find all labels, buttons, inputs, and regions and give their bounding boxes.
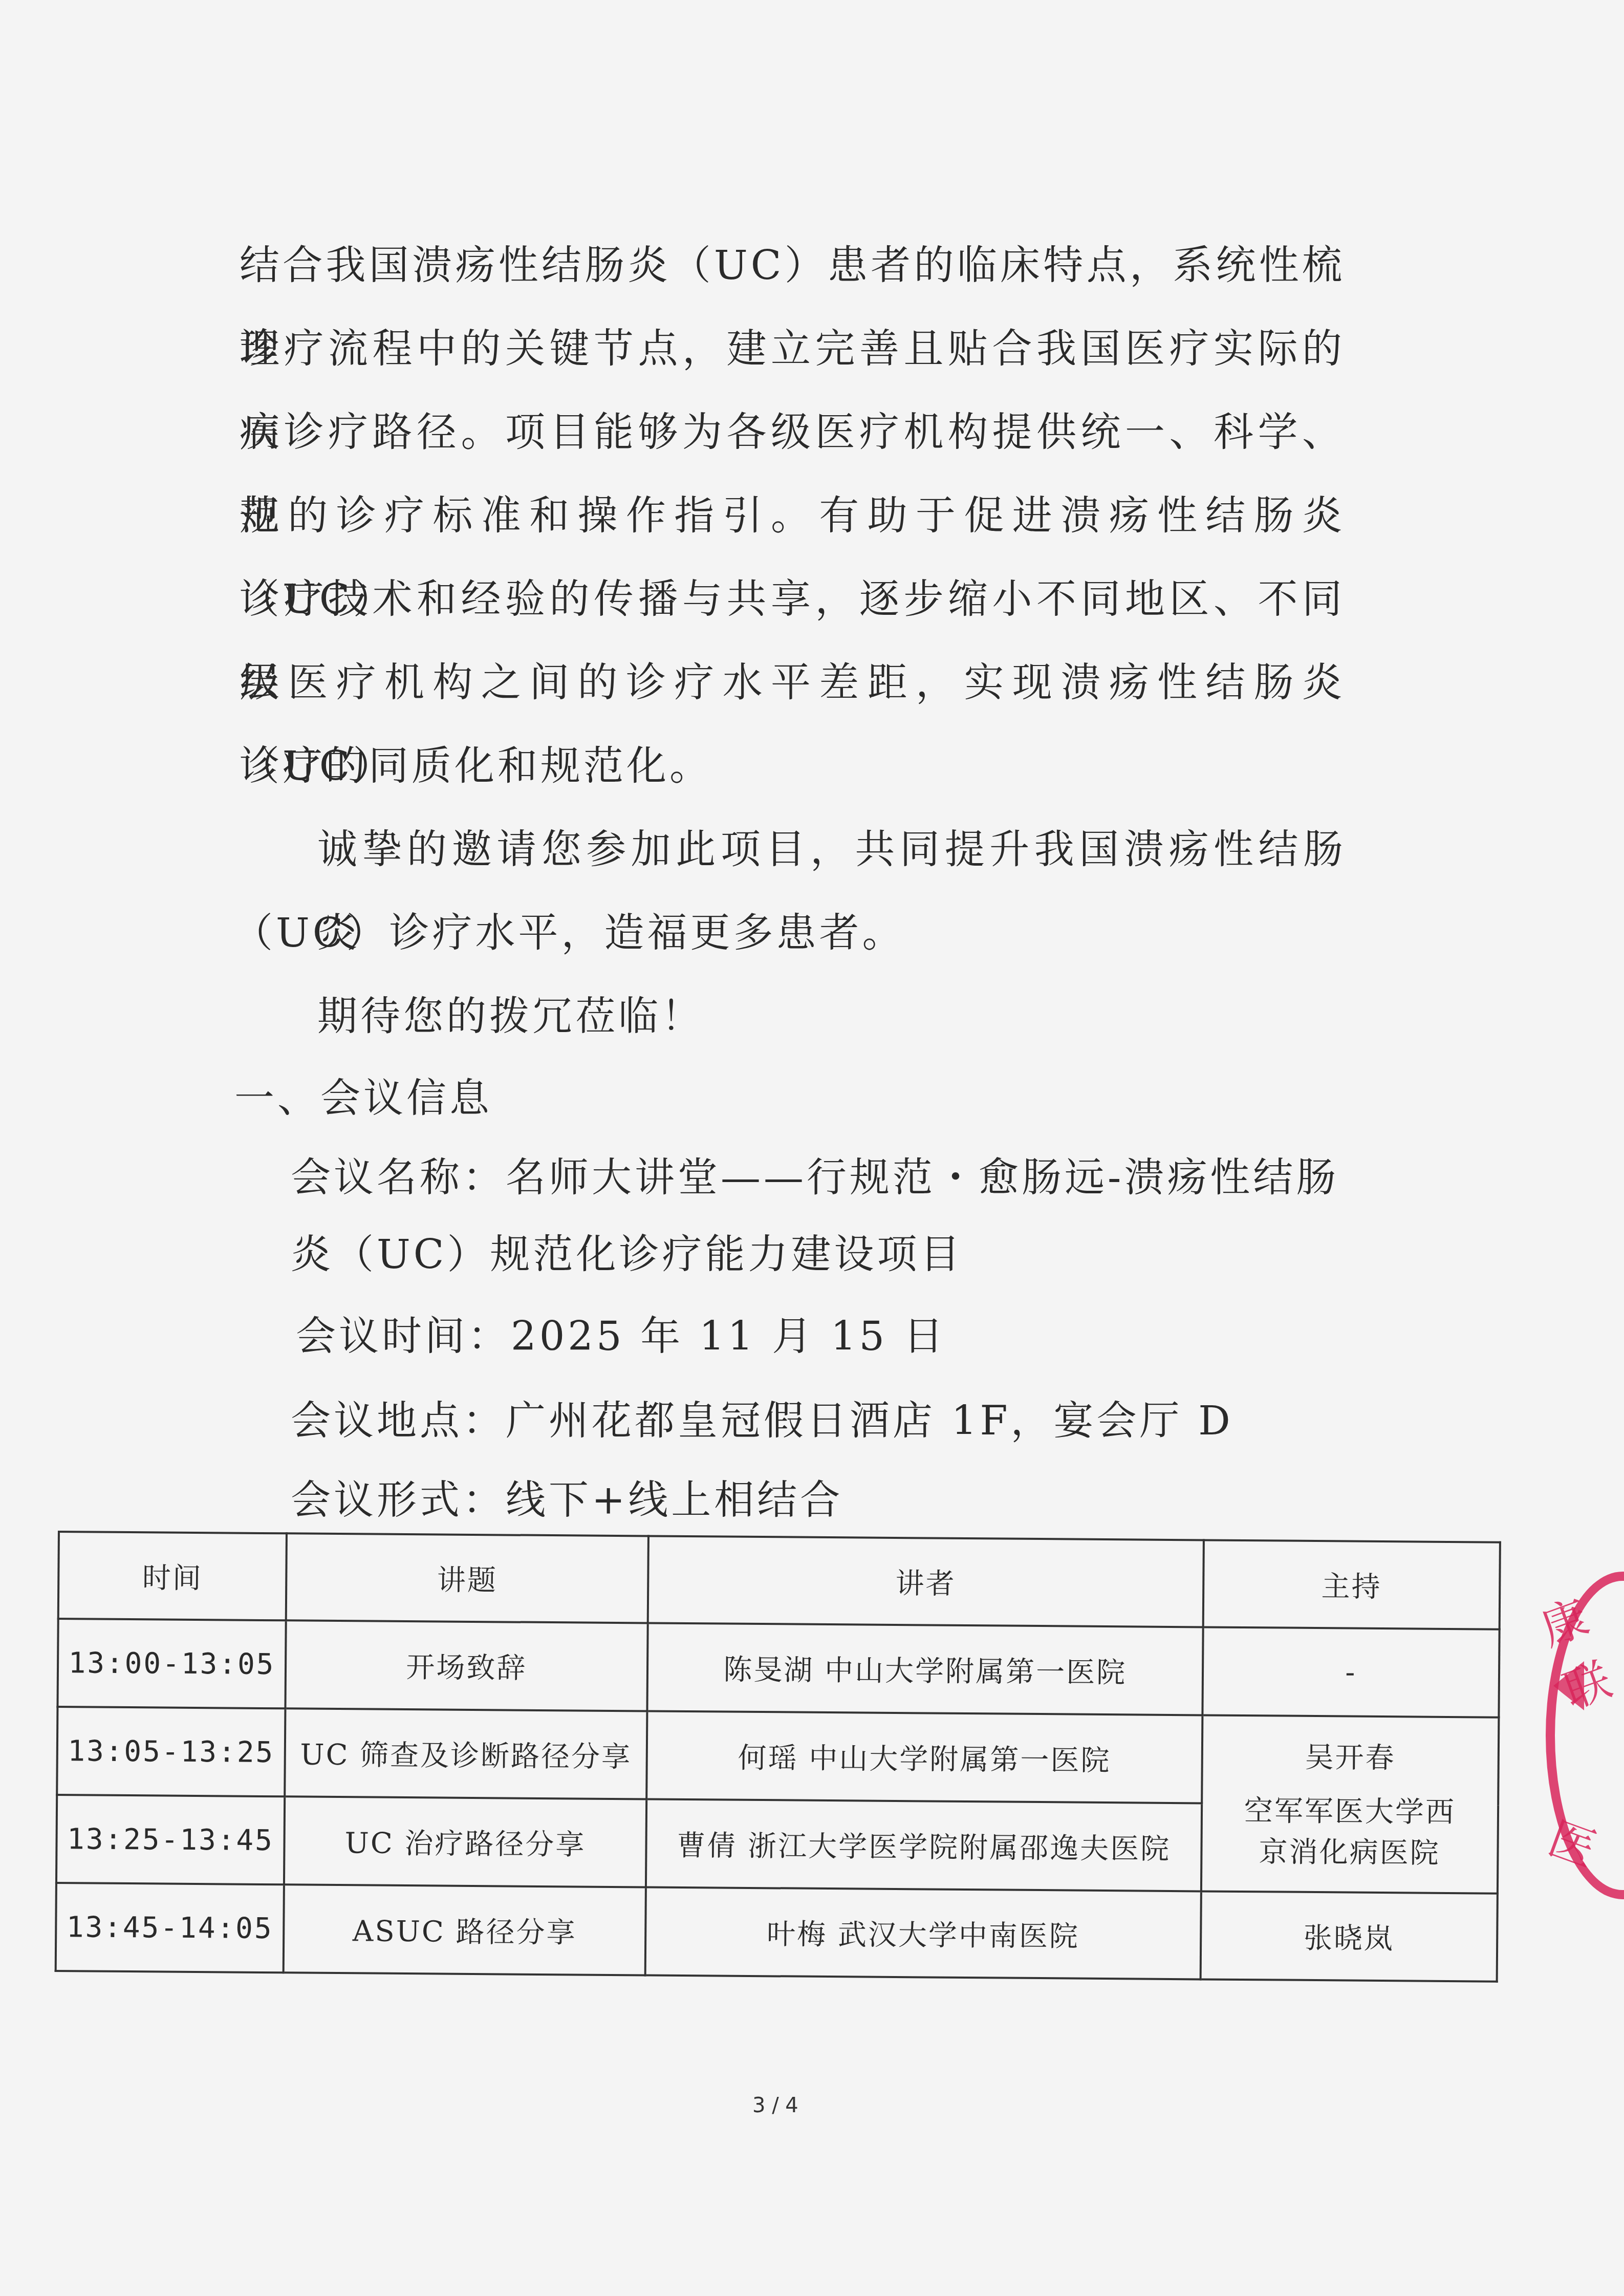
cell-host-merged: 吴开春 空军军医大学西 京消化病医院 bbox=[1201, 1715, 1499, 1893]
cell-topic: UC 筛查及诊断路径分享 bbox=[285, 1708, 647, 1799]
document-page: 结合我国溃疡性结肠炎（UC）患者的临床特点，系统性梳理 诊疗流程中的关键节点，建… bbox=[0, 0, 1624, 2296]
meeting-name-cont: 炎（UC）规范化诊疗能力建设项目 bbox=[291, 1213, 963, 1297]
host-name: 吴开春 bbox=[1208, 1734, 1492, 1777]
cell-topic: UC 治疗路径分享 bbox=[284, 1796, 646, 1887]
table-row: 13:00-13:05 开场致辞 陈旻湖 中山大学附属第一医院 - bbox=[57, 1619, 1499, 1718]
cell-host: - bbox=[1202, 1627, 1500, 1717]
schedule-table: 时间 讲题 讲者 主持 13:00-13:05 开场致辞 陈旻湖 中山大学附属第… bbox=[55, 1531, 1501, 1983]
cell-time: 13:05-13:25 bbox=[57, 1707, 285, 1796]
text-line: 诊疗的同质化和规范化。 bbox=[240, 725, 1345, 808]
table-row: 13:45-14:05 ASUC 路径分享 叶梅 武汉大学中南医院 张晓岚 bbox=[56, 1883, 1498, 1982]
table-row: 13:05-13:25 UC 筛查及诊断路径分享 何瑶 中山大学附属第一医院 吴… bbox=[57, 1707, 1499, 1806]
stamp-star-icon bbox=[1553, 1661, 1584, 1710]
cell-time: 13:25-13:45 bbox=[56, 1795, 285, 1884]
host-institution: 空军军医大学西 京消化病医院 bbox=[1207, 1790, 1492, 1874]
section-title: 一、会议信息 bbox=[234, 1057, 492, 1141]
meeting-name: 会议名称：名师大讲堂——行规范・愈肠远-溃疡性结肠 bbox=[291, 1136, 1339, 1220]
cell-host: 张晓岚 bbox=[1200, 1891, 1498, 1981]
cell-topic: 开场致辞 bbox=[285, 1620, 647, 1711]
header-host: 主持 bbox=[1203, 1540, 1500, 1629]
closing-line: 期待您的拨冗莅临！ bbox=[317, 975, 704, 1059]
host-institution-line: 京消化病医院 bbox=[1259, 1835, 1440, 1870]
header-topic: 讲题 bbox=[286, 1533, 648, 1623]
cell-topic: ASUC 路径分享 bbox=[284, 1884, 646, 1975]
meeting-time: 会议时间：2025 年 11 月 15 日 bbox=[296, 1295, 946, 1379]
cell-speaker: 叶梅 武汉大学中南医院 bbox=[645, 1887, 1201, 1979]
cell-speaker: 陈旻湖 中山大学附属第一医院 bbox=[647, 1623, 1203, 1715]
table-header-row: 时间 讲题 讲者 主持 bbox=[58, 1532, 1500, 1629]
header-time: 时间 bbox=[58, 1532, 287, 1620]
host-institution-line: 空军军医大学西 bbox=[1244, 1794, 1456, 1829]
cell-speaker: 曹倩 浙江大学医学院附属邵逸夫医院 bbox=[646, 1799, 1202, 1891]
cell-time: 13:45-14:05 bbox=[56, 1883, 284, 1972]
meeting-format: 会议形式：线下+线上相结合 bbox=[291, 1459, 843, 1542]
text-line: （UC）诊疗水平，造福更多患者。 bbox=[233, 892, 1338, 975]
meeting-location: 会议地点：广州花都皇冠假日酒店 1F，宴会厅 D bbox=[291, 1380, 1233, 1463]
page-number: 3 / 4 bbox=[752, 2094, 798, 2117]
cell-speaker: 何瑶 中山大学附属第一医院 bbox=[646, 1711, 1202, 1803]
cell-time: 13:00-13:05 bbox=[57, 1619, 286, 1708]
header-speaker: 讲者 bbox=[648, 1536, 1204, 1627]
